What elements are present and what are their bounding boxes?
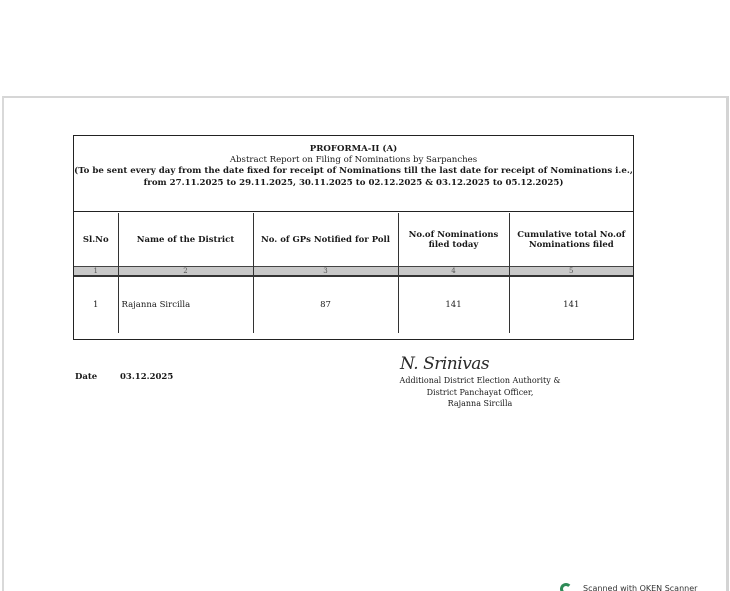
report-instruction-line1: (To be sent every day from the date fixe… [74, 166, 633, 177]
cell-gps-notified: 87 [253, 276, 398, 333]
report-instruction-line2: from 27.11.2025 to 29.11.2025, 30.11.202… [74, 178, 633, 189]
date-value: 03.12.2025 [120, 372, 173, 382]
header-district: Name of the District [118, 213, 253, 267]
designation-line: Rajanna Sircilla [355, 398, 605, 410]
designation-line: Additional District Election Authority & [355, 375, 605, 387]
nominations-table: Sl.No Name of the District No. of GPs No… [74, 213, 633, 333]
table-header-row: Sl.No Name of the District No. of GPs No… [74, 213, 633, 267]
date-label: Date [75, 372, 97, 382]
table-row: 1 Rajanna Sircilla 87 141 141 [74, 276, 633, 333]
column-number: 5 [509, 267, 633, 277]
cell-district: Rajanna Sircilla [118, 276, 253, 333]
header-filed-today: No.of Nominations filed today [398, 213, 509, 267]
scanner-text: Scanned with OKEN Scanner [583, 584, 697, 591]
signatory-designation: Additional District Election Authority &… [355, 375, 605, 410]
scanner-watermark: Scanned with OKEN Scanner [550, 574, 730, 591]
proforma-table-frame: PROFORMA-II (A) Abstract Report on Filin… [73, 135, 634, 340]
scanner-logo-icon [560, 583, 572, 591]
cell-cumulative: 141 [509, 276, 633, 333]
report-subtitle: Abstract Report on Filing of Nominations… [74, 155, 633, 166]
header-sl-no: Sl.No [74, 213, 118, 267]
column-number-row: 1 2 3 4 5 [74, 267, 633, 277]
signature: N. Srinivas [400, 354, 489, 374]
column-number: 4 [398, 267, 509, 277]
designation-line: District Panchayat Officer, [355, 387, 605, 399]
column-number: 2 [118, 267, 253, 277]
header-gps-notified: No. of GPs Notified for Poll [253, 213, 398, 267]
header-cumulative: Cumulative total No.of Nominations filed [509, 213, 633, 267]
column-number: 3 [253, 267, 398, 277]
cell-filed-today: 141 [398, 276, 509, 333]
cell-sl-no: 1 [74, 276, 118, 333]
report-header: PROFORMA-II (A) Abstract Report on Filin… [74, 136, 633, 212]
report-title: PROFORMA-II (A) [74, 144, 633, 155]
column-number: 1 [74, 267, 118, 277]
